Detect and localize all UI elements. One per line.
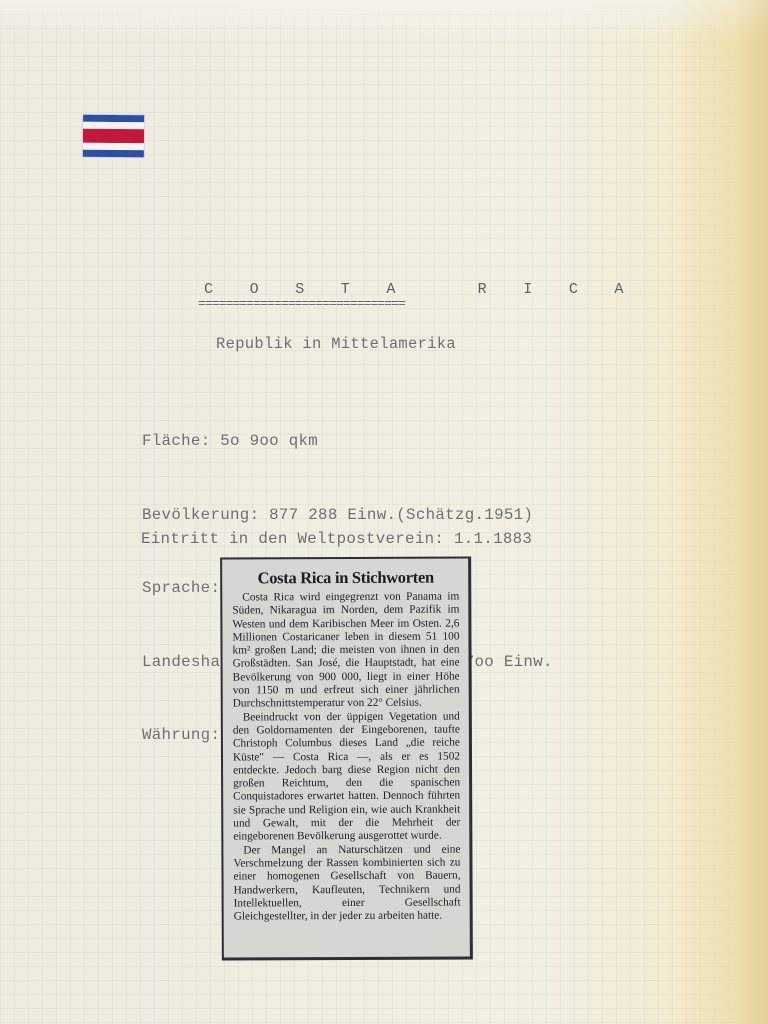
newspaper-clipping: Costa Rica in Stichworten Costa Rica wir…	[220, 556, 473, 960]
clipping-paragraph: Beeindruckt von der üppigen Vegetation u…	[233, 710, 461, 844]
title-underline: ==============================	[198, 296, 405, 311]
flag-stripe	[83, 150, 144, 157]
clipping-paragraph: Der Mangel an Naturschätzen und eine Ver…	[233, 843, 460, 924]
upu-entry: Eintritt in den Weltpostverein: 1.1.1883	[141, 530, 532, 548]
flag-stripe	[83, 129, 144, 143]
clipping-paragraph: Costa Rica wird eingegrenzt von Panama i…	[232, 591, 460, 712]
costa-rica-flag-icon	[83, 115, 144, 157]
page-subtitle: Republik in Mittelamerika	[216, 335, 456, 353]
page-right-shadow	[658, 0, 768, 1024]
clipping-title: Costa Rica in Stichworten	[232, 568, 459, 589]
fact-area: Fläche: 5o 9oo qkm	[142, 429, 553, 454]
page-top-edge	[0, 0, 768, 40]
fact-population: Bevölkerung: 877 288 Einw.(Schätzg.1951)	[142, 503, 553, 528]
